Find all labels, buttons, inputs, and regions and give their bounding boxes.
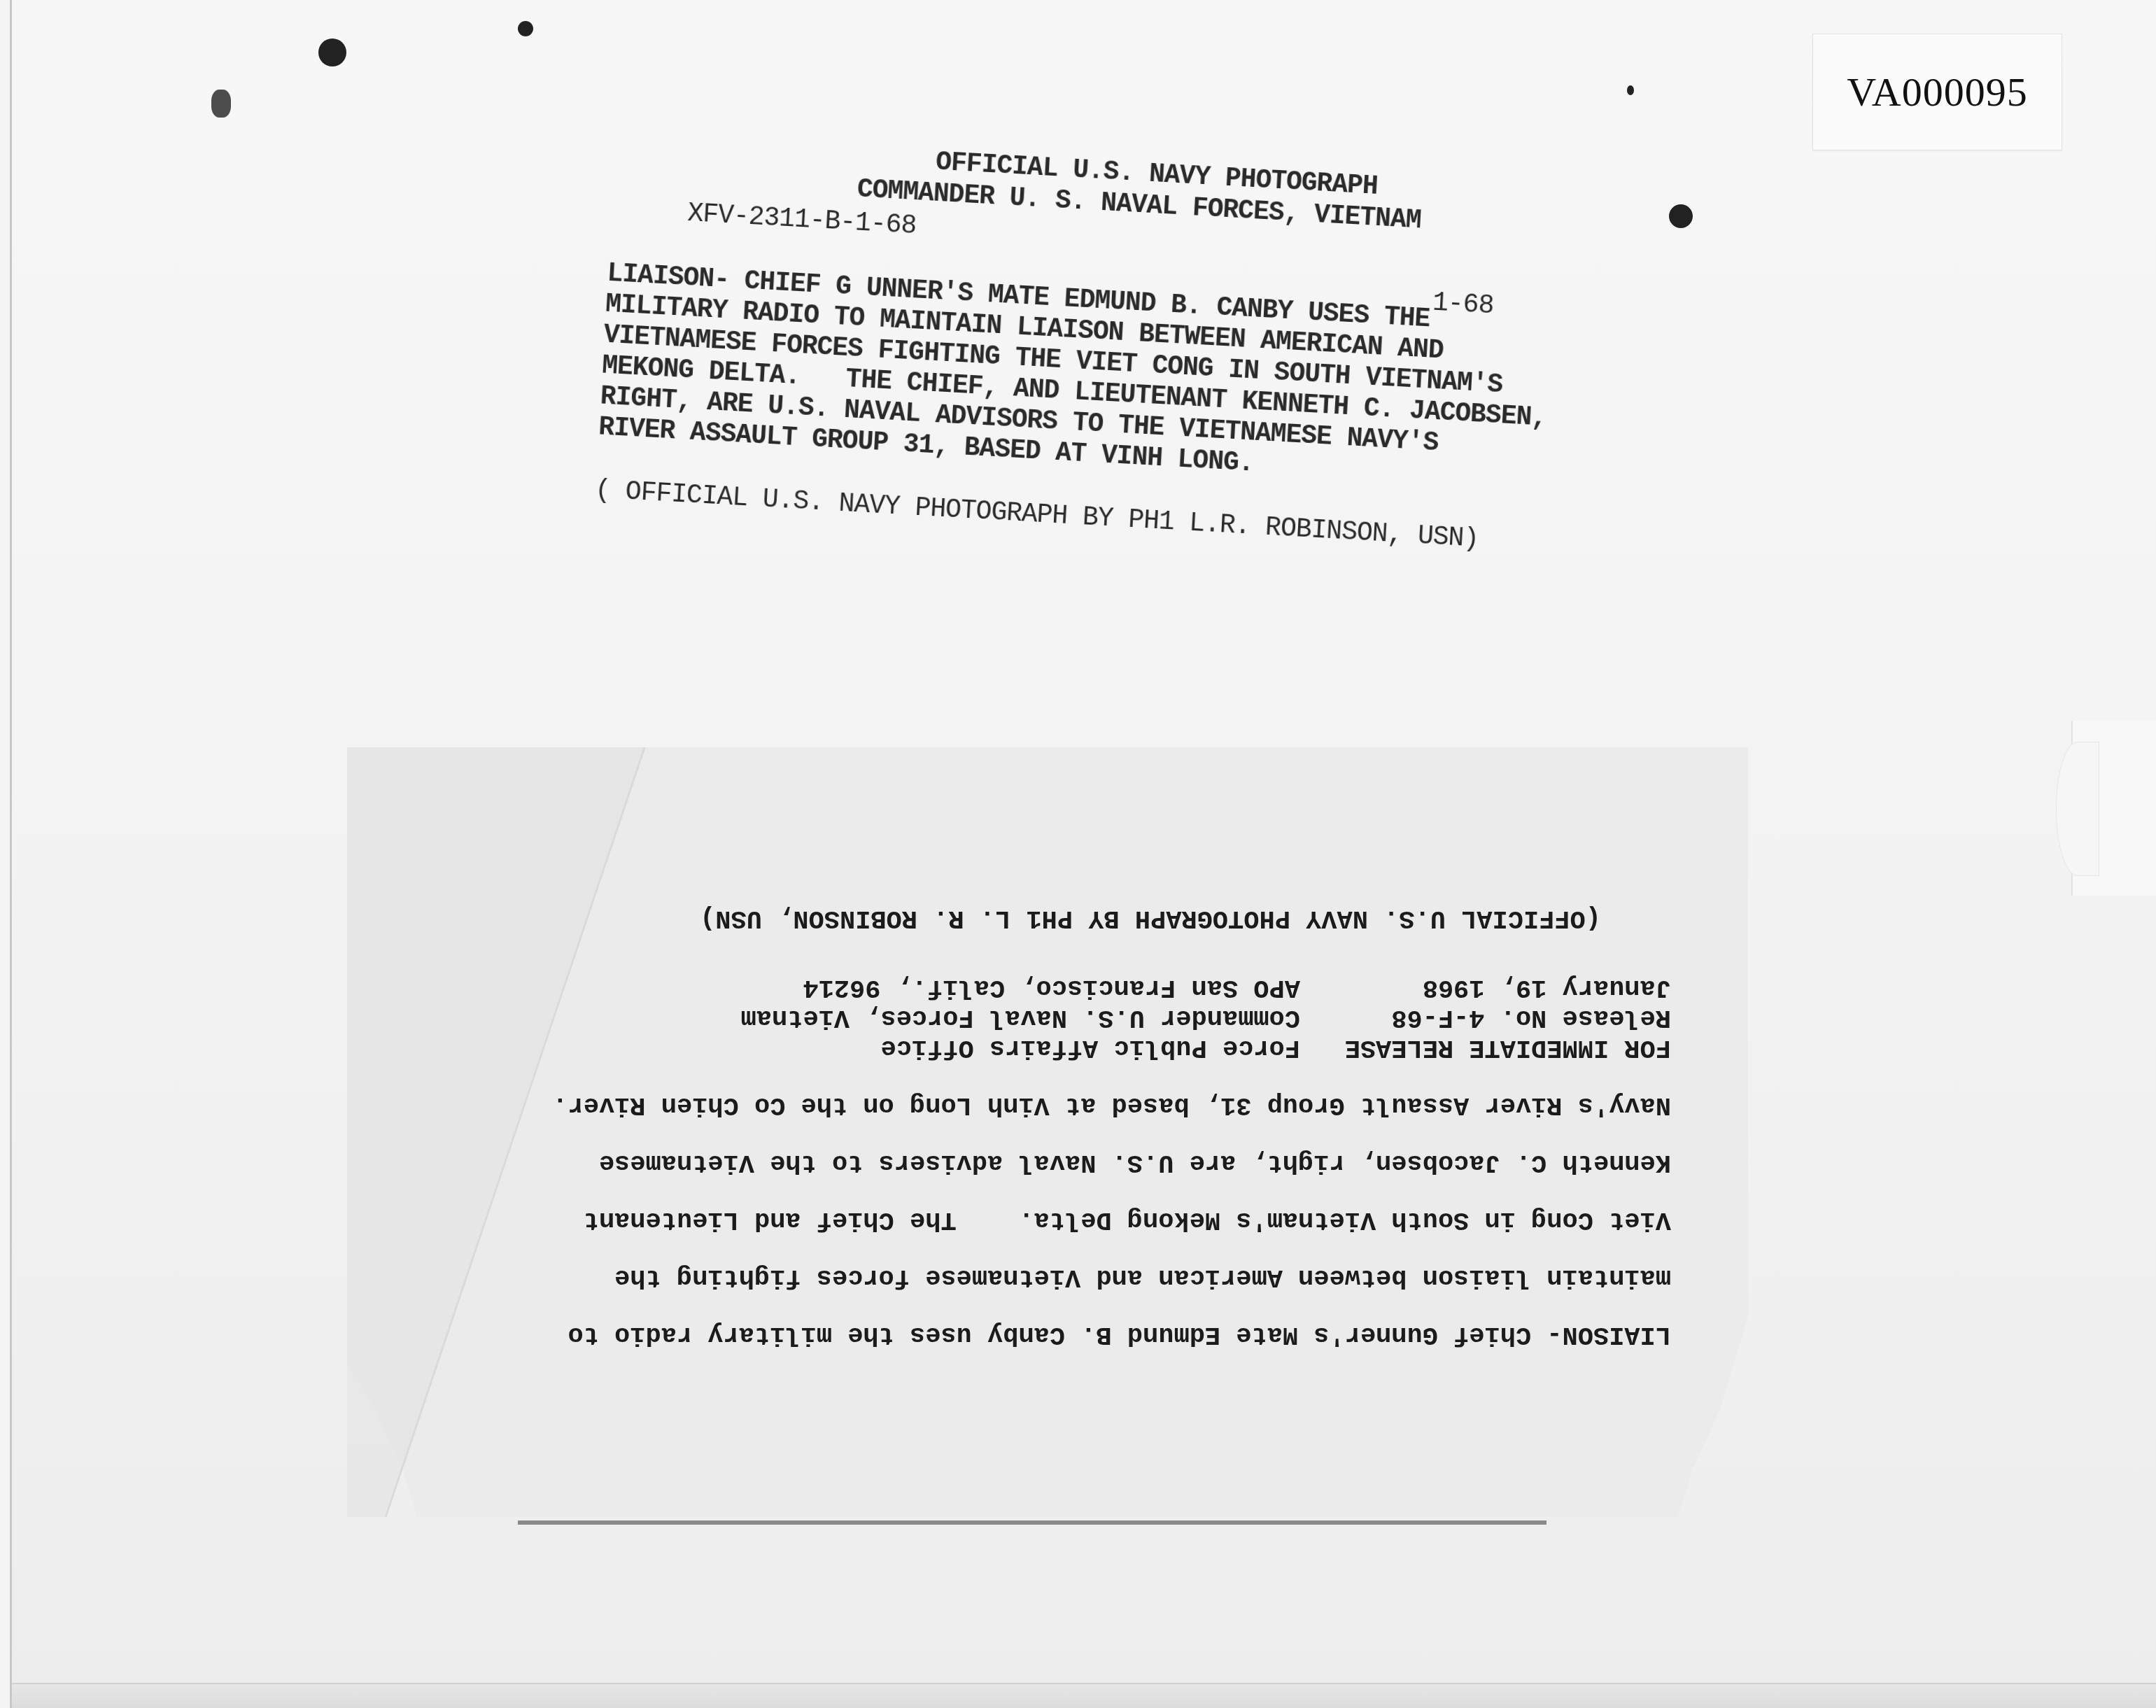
release-body-line: maintain liaison between American and Vi… xyxy=(614,1262,1671,1292)
navy-photo-stamp: OFFICIAL U.S. NAVY PHOTOGRAPH COMMANDER … xyxy=(586,119,1608,705)
release-body-line: LIAISON- Chief Gunner's Mate Edmund B. C… xyxy=(568,1320,1671,1349)
ink-spot xyxy=(518,21,533,36)
catalog-label: VA000095 xyxy=(1812,34,2062,150)
release-left-line: January 19, 1968 xyxy=(1423,973,1671,1002)
ink-spot xyxy=(318,38,346,66)
stamp-date-code: 1-68 xyxy=(1432,288,1494,322)
release-right-line: Commander U.S. Naval Forces, Vietnam xyxy=(741,1003,1300,1032)
ink-spot xyxy=(211,90,231,118)
card-bottom-edge-shadow xyxy=(518,1520,1546,1525)
stamp-credit: ( OFFICIAL U.S. NAVY PHOTOGRAPH BY PH1 L… xyxy=(594,475,1479,555)
release-left-line: FOR IMMEDIATE RELEASE xyxy=(1345,1033,1671,1062)
release-body-line: Viet Cong in South Vietnam's Mekong Delt… xyxy=(584,1205,1671,1234)
release-right-line: APO San Francisco, Calif., 96214 xyxy=(803,973,1300,1002)
release-card-text: LIAISON- Chief Gunner's Mate Edmund B. C… xyxy=(347,747,1748,1517)
release-credit: (OFFICIAL U.S. NAVY PHOTOGRAPH BY PH1 L.… xyxy=(700,903,1601,933)
catalog-id: VA000095 xyxy=(1847,69,2027,115)
ink-spot xyxy=(1669,204,1693,228)
release-body-line: Navy's River Assault Group 31, based at … xyxy=(552,1090,1671,1120)
sheet-bottom-edge xyxy=(12,1683,2156,1708)
release-body-line: Kenneth C. Jacobsen, right, are U.S. Nav… xyxy=(599,1148,1671,1177)
ink-spot xyxy=(1627,85,1634,95)
release-left-line: Release No. 4-F-68 xyxy=(1391,1003,1671,1032)
sheet-tab-notch xyxy=(2056,742,2099,876)
release-right-line: Force Public Affairs Office xyxy=(881,1033,1301,1062)
